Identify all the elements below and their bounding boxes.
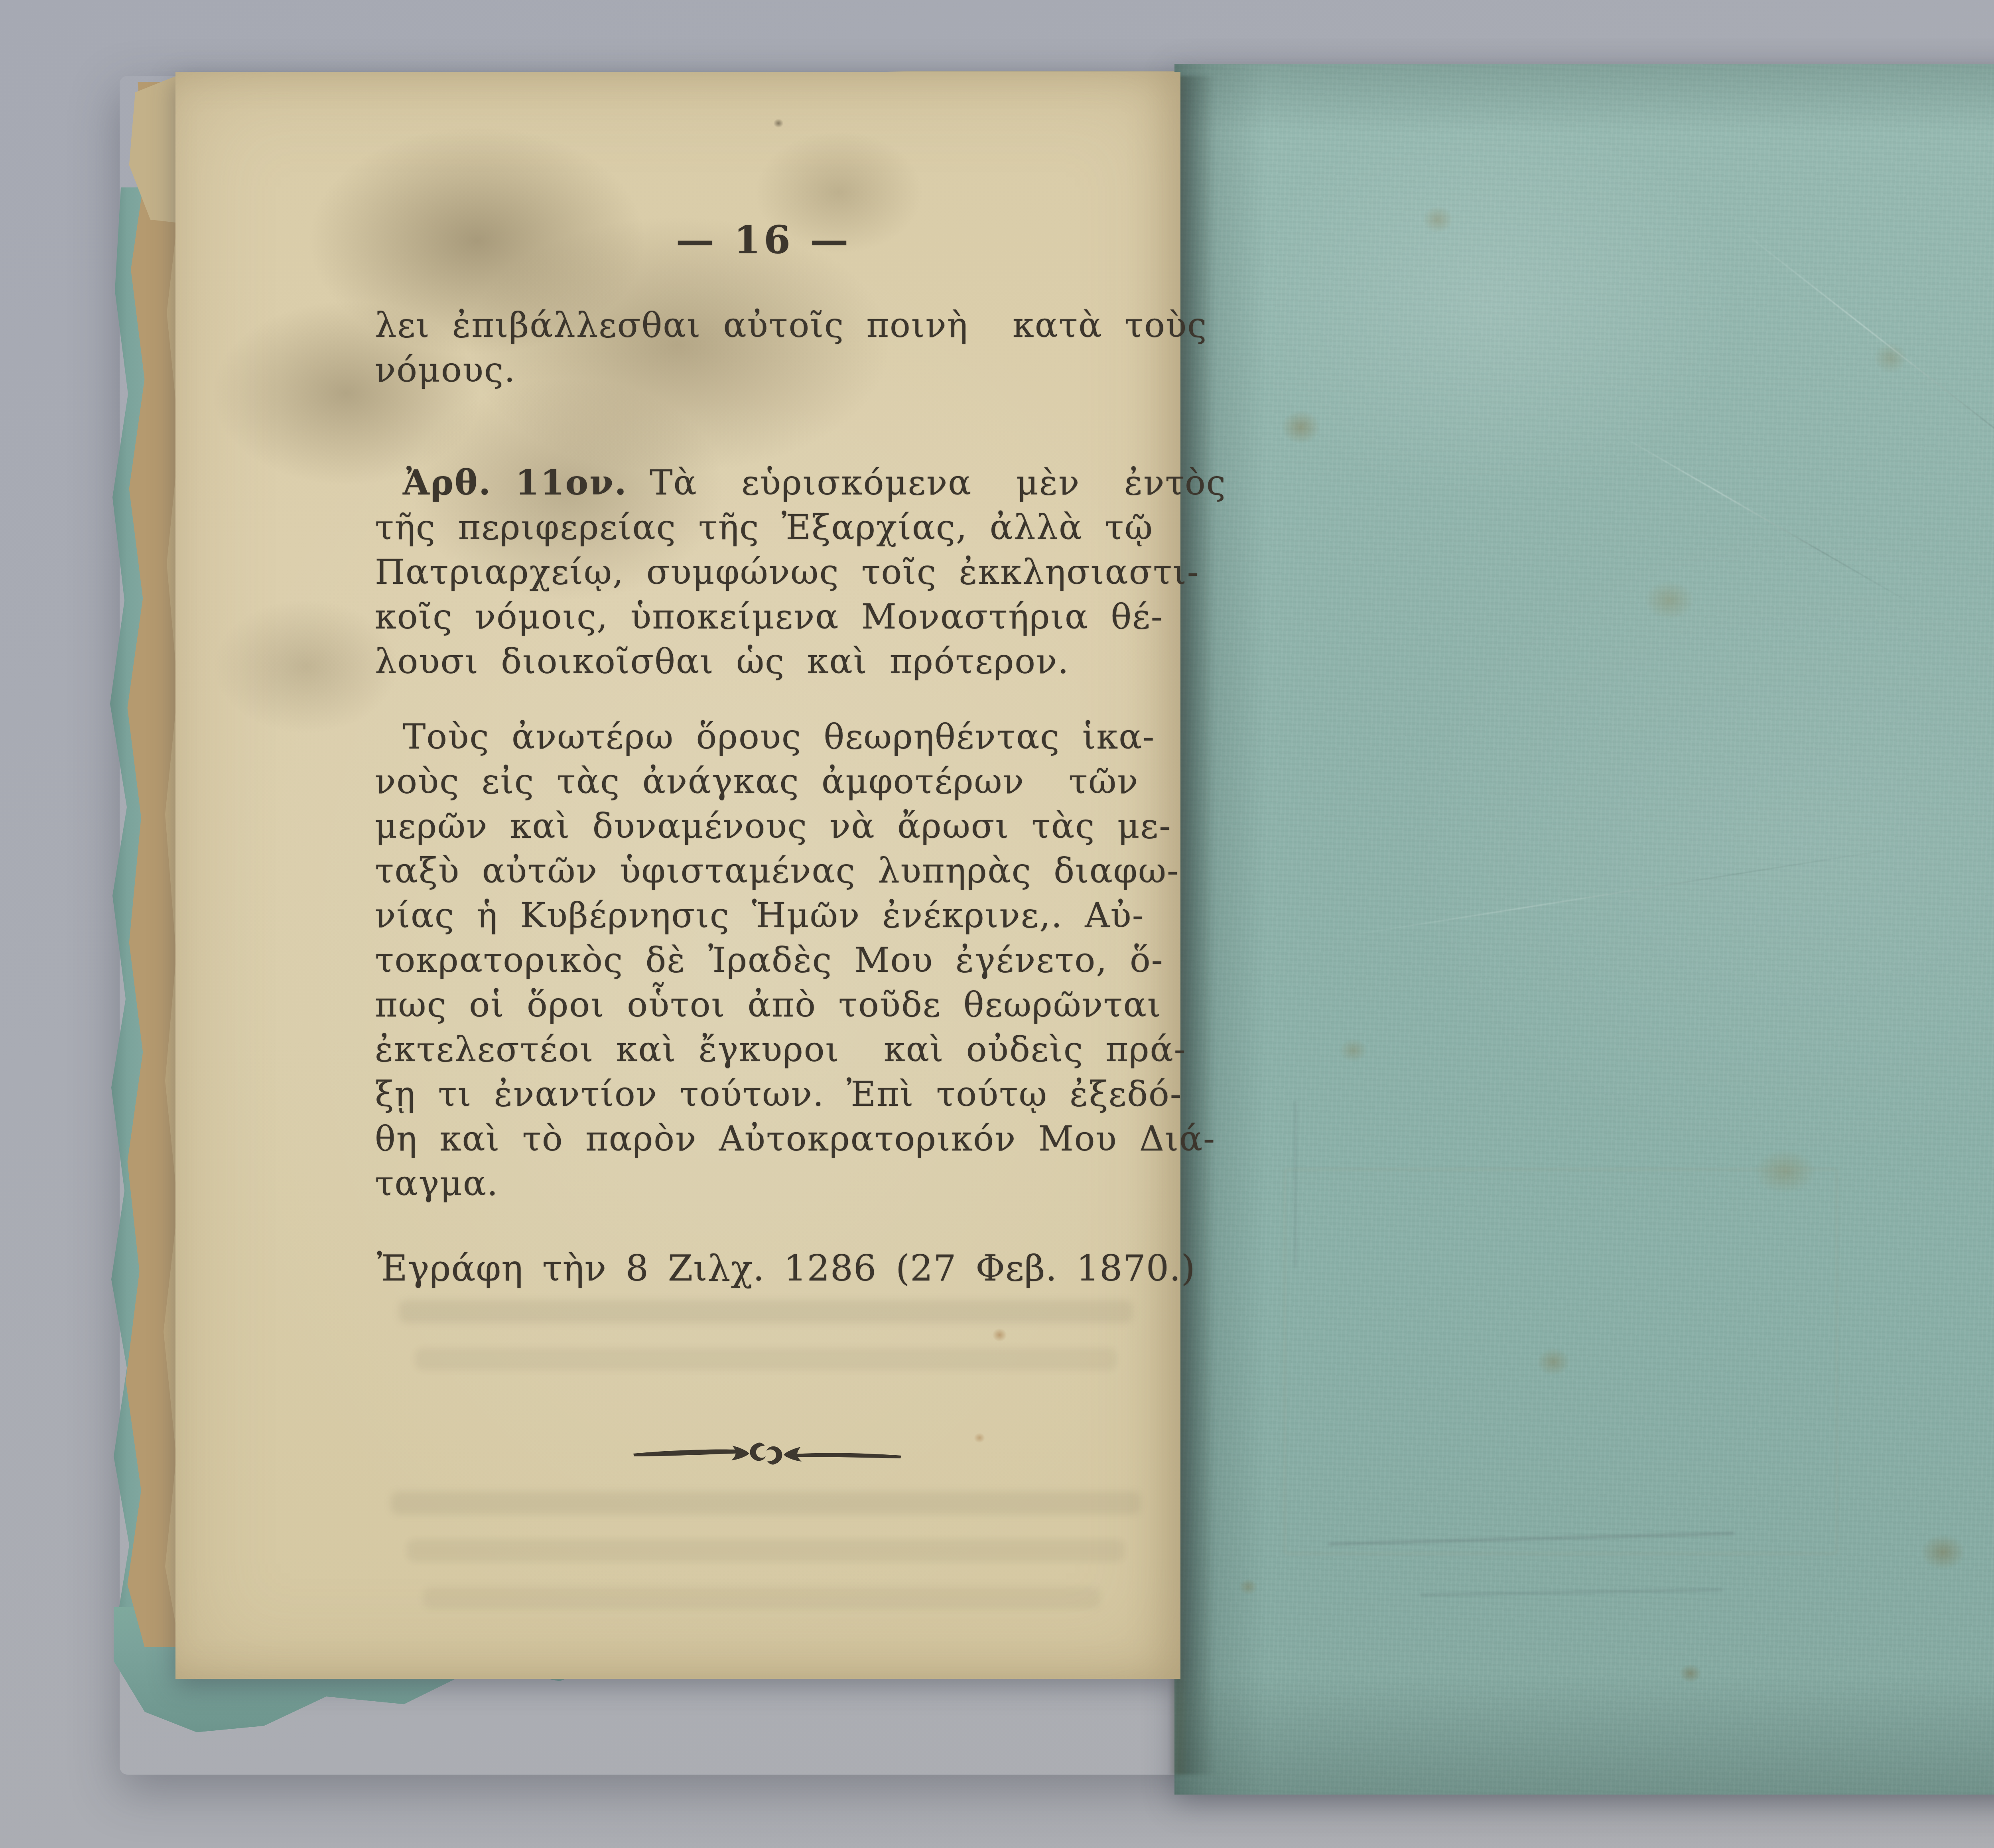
text-line: λουσι διοικοῖσθαι ὡς καὶ πρότερον. — [375, 639, 1172, 684]
date-line: Ἐγράφη τὴν 8 Ζιλχ. 1286 (27 Φεβ. 1870.) — [377, 1247, 1174, 1289]
text-line: νίας ἡ Κυβέρνησις Ἡμῶν ἐνέκρινε,. Αὐ- — [375, 893, 1172, 938]
text-line: Ἀρθ. 11ον. Τὰ εὑρισκόμενα μὲν ἐντὸς — [375, 461, 1172, 505]
text-line: ξῃ τι ἐναντίον τούτων. Ἐπὶ τούτῳ ἐξεδό- — [375, 1072, 1172, 1117]
text-line: ταγμα. — [375, 1161, 1172, 1206]
printer-tailpiece-rule-ornament-icon — [630, 1434, 905, 1474]
back-cover-paper — [1174, 64, 1994, 1795]
paragraph: λει ἐπιβάλλεσθαι αὐτοῖς ποινὴ κατὰ τοὺς … — [375, 303, 1172, 392]
text-line: πως οἱ ὅροι οὗτοι ἀπὸ τοῦδε θεωρῶνται — [375, 983, 1172, 1027]
text-line: ταξὺ αὐτῶν ὑφισταμένας λυπηρὰς διαφω- — [375, 849, 1172, 893]
cover-crease-line — [1613, 431, 1924, 611]
book-page: — 16 — λει ἐπιβάλλεσθαι αὐτοῖς ποινὴ κατ… — [175, 72, 1180, 1679]
verso-showthrough-line — [391, 1491, 1141, 1515]
cover-crease-line — [1334, 843, 1925, 938]
pencil-smudge — [1294, 1101, 1296, 1268]
text-line: Πατριαρχείῳ, συμφώνως τοῖς ἐκκλησιαστι- — [375, 550, 1172, 595]
text-line: τοκρατορικὸς δὲ Ἰραδὲς Μου ἐγένετο, ὅ- — [375, 938, 1172, 983]
cover-crease-line — [1732, 223, 1994, 531]
article-number-label: Ἀρθ. 11ον. — [403, 463, 628, 503]
verso-showthrough-line — [415, 1348, 1117, 1370]
verso-showthrough-line — [399, 1300, 1133, 1323]
text-line: τῆς περιφερείας τῆς Ἐξαρχίας, ἀλλὰ τῷ — [375, 505, 1172, 550]
text-line: νόμους. — [375, 348, 1172, 392]
text-line: κοῖς νόμοις, ὑποκείμενα Μοναστήρια θέ- — [375, 595, 1172, 639]
verso-showthrough-line — [423, 1587, 1101, 1609]
text-line: θη καὶ τὸ παρὸν Αὐτοκρατορικόν Μου Διά- — [375, 1117, 1172, 1161]
text-line: ἐκτελεστέοι καὶ ἔγκυροι καὶ οὐδεὶς πρά- — [375, 1027, 1172, 1072]
text-line: Τοὺς ἀνωτέρω ὅρους θεωρηθέντας ἱκα- — [375, 715, 1172, 759]
text-line: νοὺς εἰς τὰς ἀνάγκας ἀμφοτέρων τῶν — [375, 759, 1172, 804]
paragraph-closing: Τοὺς ἀνωτέρω ὅρους θεωρηθέντας ἱκα- νοὺς… — [375, 715, 1172, 1206]
page-number: — 16 — — [375, 217, 1153, 262]
paragraph-article-11: Ἀρθ. 11ον. Τὰ εὑρισκόμενα μὲν ἐντὸς τῆς … — [375, 461, 1172, 684]
photo-backdrop: — 16 — λει ἐπιβάλλεσθαι αὐτοῖς ποινὴ κατ… — [0, 0, 1994, 1848]
verso-showthrough-line — [407, 1539, 1125, 1562]
text-line: λει ἐπιβάλλεσθαι αὐτοῖς ποινὴ κατὰ τοὺς — [375, 303, 1172, 348]
text-line-rest: Τὰ εὑρισκόμενα μὲν ἐντὸς — [628, 463, 1226, 503]
text-line: μερῶν καὶ δυναμένους νὰ ἄρωσι τὰς με- — [375, 804, 1172, 849]
pencil-smudge — [1420, 1588, 1723, 1596]
cover-showthrough-rectangle — [1284, 1168, 1838, 1554]
